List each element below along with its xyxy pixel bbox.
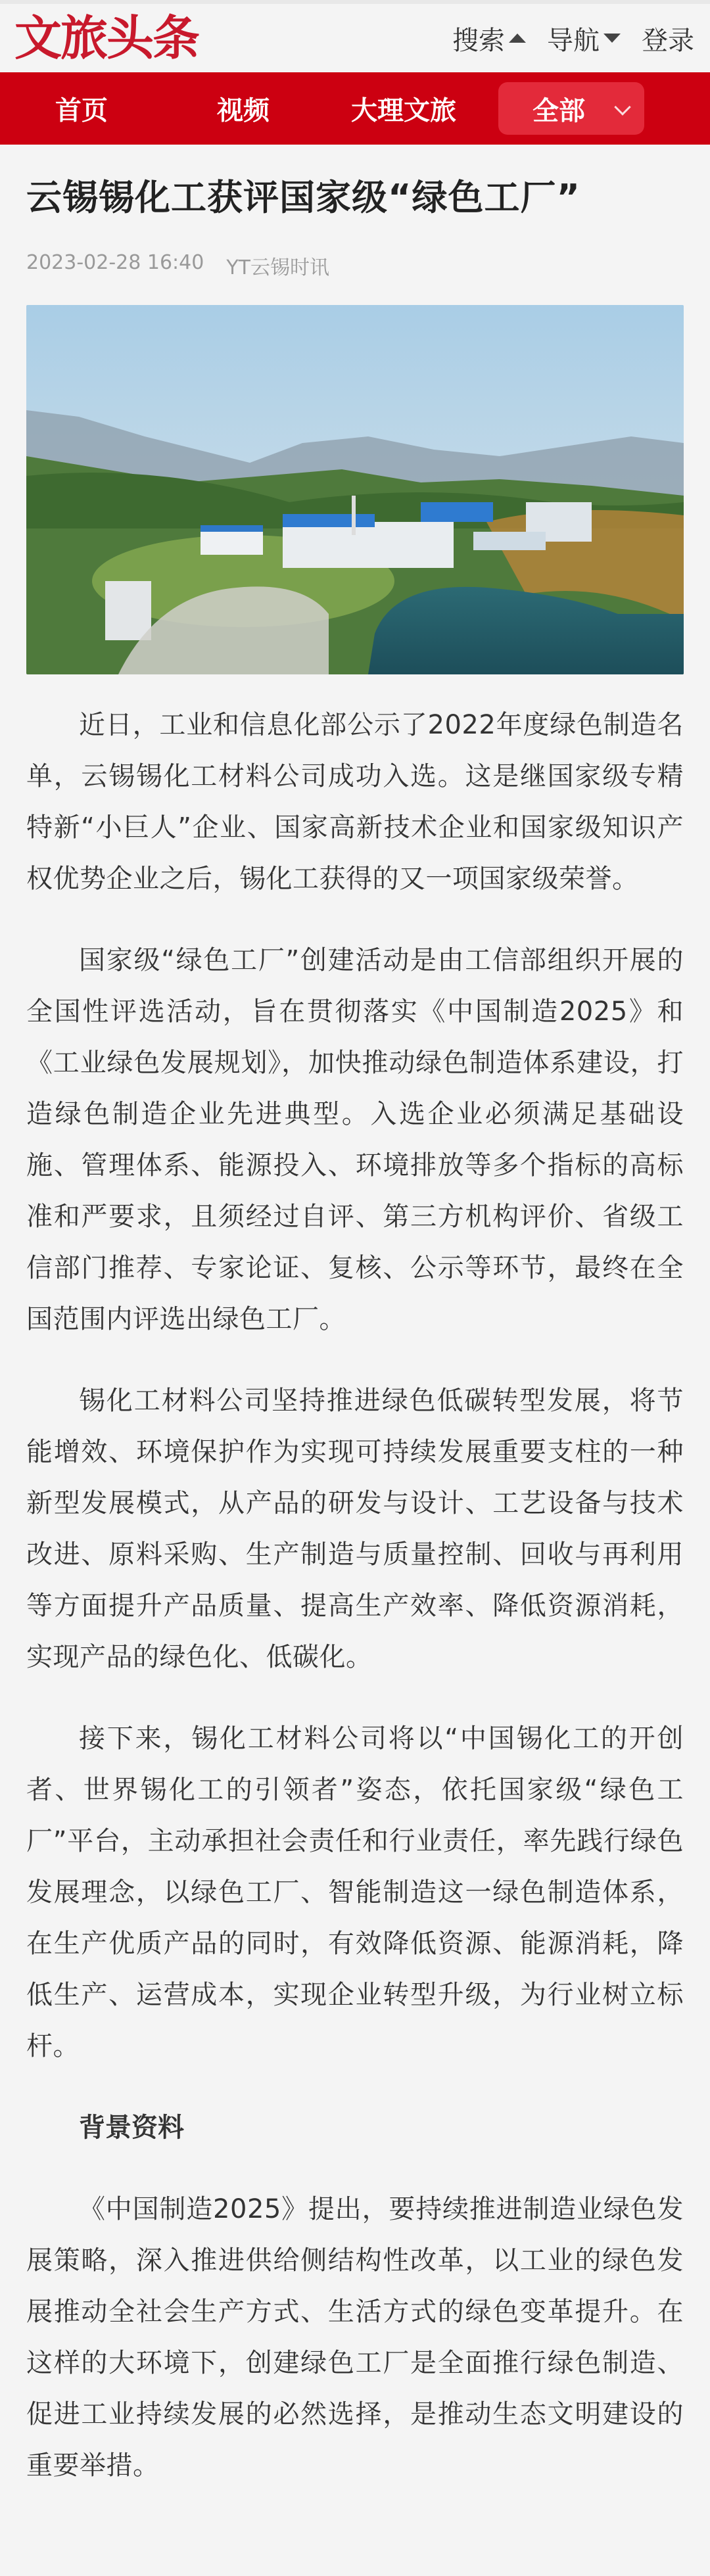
login-label: 登录: [642, 20, 694, 57]
nav-tab-dali-tourism[interactable]: 大理文旅: [351, 90, 456, 128]
factory-aerial-photo-illustration: [26, 305, 684, 674]
site-logo[interactable]: 文旅头条: [14, 14, 199, 62]
header-actions: 搜索 导航 登录: [452, 20, 694, 57]
article-meta: 2023-02-28 16:40 YT云锡时讯: [26, 251, 684, 280]
article-paragraph: 锡化工材料公司坚持推进绿色低碳转型发展，将节能增效、环境保护作为实现可持续发展重…: [26, 1375, 684, 1683]
chevron-down-icon: [614, 99, 630, 115]
search-label: 搜索: [452, 20, 505, 57]
login-button[interactable]: 登录: [642, 20, 694, 57]
triangle-up-icon: [509, 34, 526, 43]
article-paragraph: 国家级“绿色工厂”创建活动是由工信部组织开展的全国性评选活动，旨在贯彻落实《中国…: [26, 935, 684, 1345]
article-photo[interactable]: [26, 305, 684, 674]
article: 云锡锡化工获评国家级“绿色工厂” 2023-02-28 16:40 YT云锡时讯: [0, 175, 710, 2557]
search-button[interactable]: 搜索: [452, 20, 526, 57]
nav-tab-video[interactable]: 视频: [217, 90, 270, 128]
article-source: YT云锡时讯: [226, 251, 329, 280]
article-paragraph: 接下来，锡化工材料公司将以“中国锡化工的开创者、世界锡化工的引领者”姿态，依托国…: [26, 1713, 684, 2072]
channel-nav: 首页 视频 大理文旅 全部: [0, 72, 710, 145]
nav-tab-all-dropdown[interactable]: 全部: [498, 82, 644, 135]
nav-tab-home[interactable]: 首页: [55, 90, 108, 128]
triangle-down-icon: [603, 34, 621, 43]
top-header: 文旅头条 搜索 导航 登录: [0, 0, 710, 72]
article-paragraph: 近日，工业和信息化部公示了2022年度绿色制造名单，云锡锡化工材料公司成功入选。…: [26, 699, 684, 904]
navigation-button[interactable]: 导航: [547, 20, 621, 57]
bottom-spacer: [26, 2491, 684, 2557]
publish-date: 2023-02-28 16:40: [26, 251, 204, 280]
navigation-label: 导航: [547, 20, 600, 57]
article-title: 云锡锡化工获评国家级“绿色工厂”: [26, 175, 684, 221]
nav-tab-all-label: 全部: [532, 90, 585, 128]
background-subheading: 背景资料: [26, 2102, 684, 2153]
background-paragraph: 《中国制造2025》提出，要持续推进制造业绿色发展策略，深入推进供给侧结构性改革…: [26, 2184, 684, 2491]
